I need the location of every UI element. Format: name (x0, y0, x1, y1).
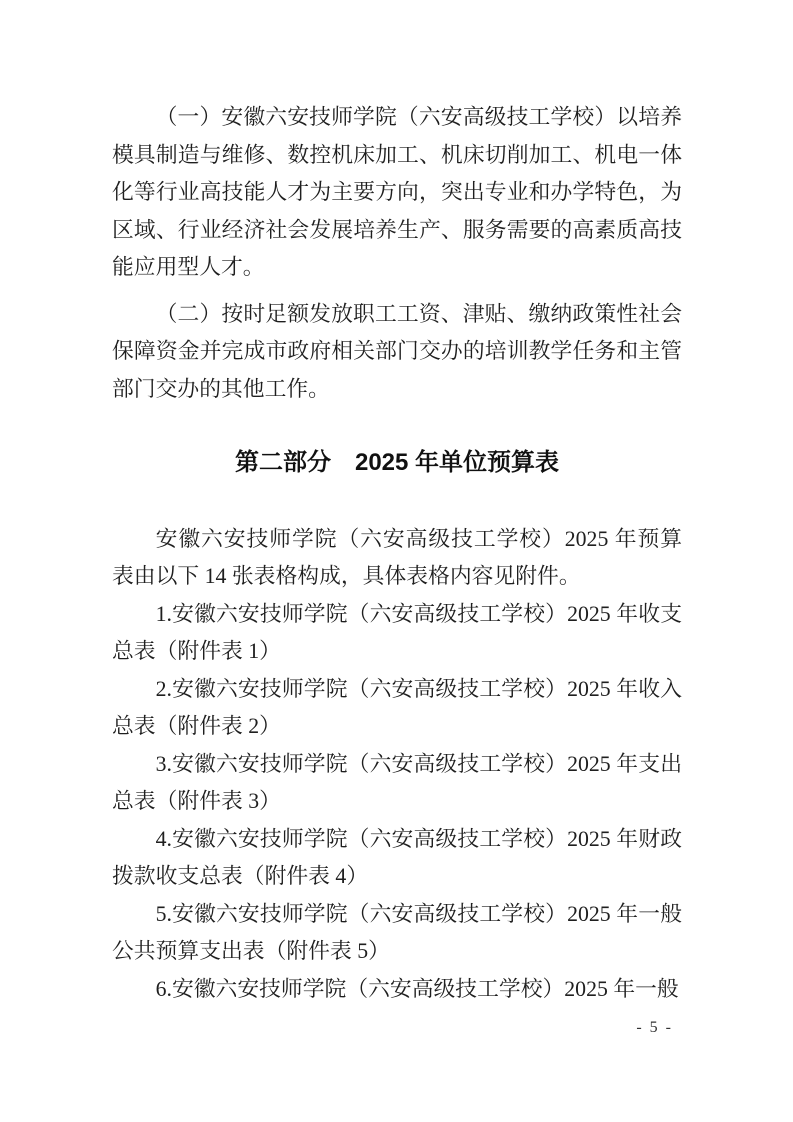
table-list-item-1: 1.安徽六安技师学院（六安高级技工学校）2025 年收支总表（附件表 1） (112, 596, 682, 671)
document-page: （一）安徽六安技师学院（六安高级技工学校）以培养模具制造与维修、数控机床加工、机… (0, 0, 793, 1122)
section-heading: 第二部分 2025 年单位预算表 (112, 444, 682, 482)
document-content: （一）安徽六安技师学院（六安高级技工学校）以培养模具制造与维修、数控机床加工、机… (112, 99, 682, 1008)
table-list-item-6: 6.安徽六安技师学院（六安高级技工学校）2025 年一般 (112, 971, 682, 1009)
table-list-item-3: 3.安徽六安技师学院（六安高级技工学校）2025 年支出总表（附件表 3） (112, 746, 682, 821)
page-number: - 5 - (636, 1018, 673, 1038)
overview-paragraph-1: （一）安徽六安技师学院（六安高级技工学校）以培养模具制造与维修、数控机床加工、机… (112, 99, 682, 287)
table-list-item-5: 5.安徽六安技师学院（六安高级技工学校）2025 年一般公共预算支出表（附件表 … (112, 896, 682, 971)
table-list-item-2: 2.安徽六安技师学院（六安高级技工学校）2025 年收入总表（附件表 2） (112, 671, 682, 746)
overview-paragraph-2: （二）按时足额发放职工工资、津贴、缴纳政策性社会保障资金并完成市政府相关部门交办… (112, 296, 682, 409)
intro-paragraph: 安徽六安技师学院（六安高级技工学校）2025 年预算表由以下 14 张表格构成，… (112, 521, 682, 596)
table-list-item-4: 4.安徽六安技师学院（六安高级技工学校）2025 年财政拨款收支总表（附件表 4… (112, 821, 682, 896)
